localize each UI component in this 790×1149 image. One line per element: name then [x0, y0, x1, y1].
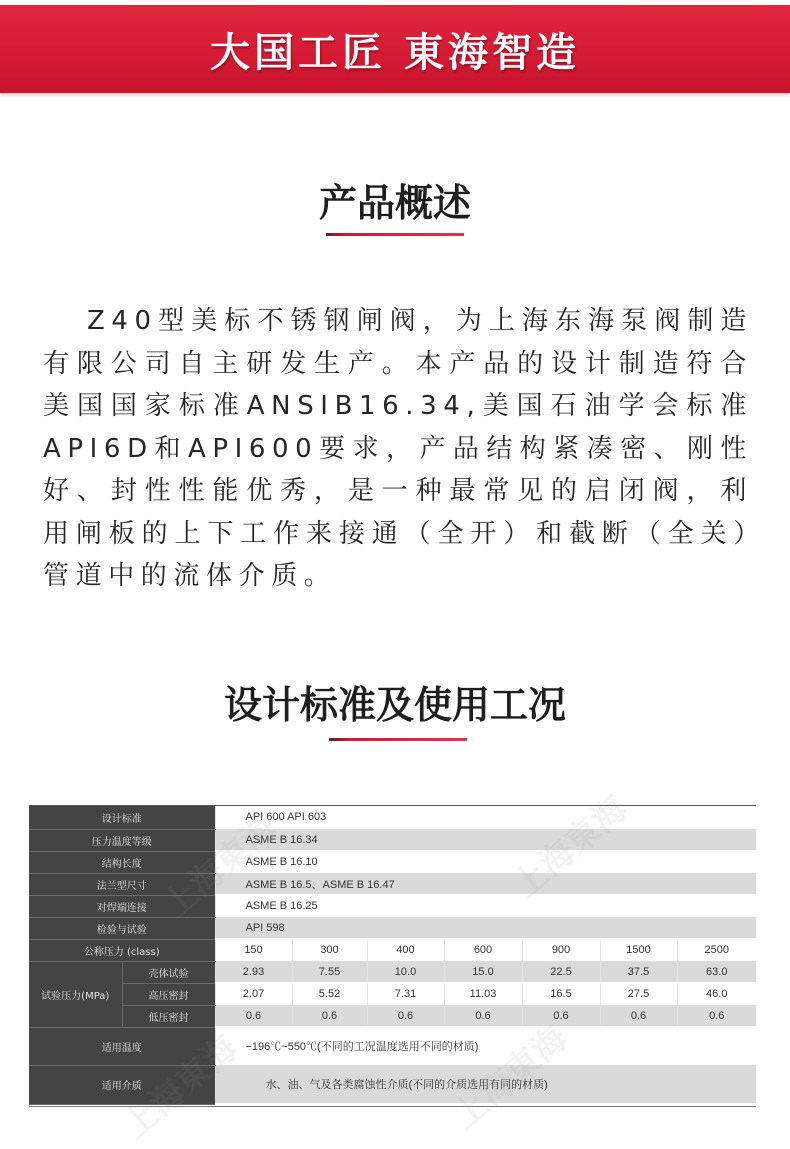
class-value: 1500: [600, 939, 677, 961]
test-value: 0.6: [677, 1005, 756, 1027]
test-value: 5.52: [292, 983, 367, 1005]
row-value: API 600 API 603: [215, 806, 756, 829]
banner-title: 大国工匠 東海智造: [210, 21, 580, 78]
temperature-label: 适用温度: [29, 1027, 215, 1065]
row-value: ASME B 16.25: [215, 895, 756, 917]
test-value: 10.0: [367, 961, 444, 983]
row-label: 对焊端连接: [29, 895, 215, 917]
test-value: 0.6: [522, 1005, 600, 1027]
row-label: 法兰型尺寸: [29, 873, 215, 895]
test-value: 2.07: [215, 983, 292, 1005]
table-row: 检验与试验 API 598: [29, 917, 756, 939]
description-text: Z40型美标不锈钢闸阀，为上海东海泵阀制造有限公司自主研发生产。本产品的设计制造…: [43, 306, 753, 591]
test-value: 0.6: [367, 1005, 444, 1027]
test-pressure-label: 试验压力(MPa): [29, 961, 122, 1027]
test-value: 46.0: [677, 983, 756, 1005]
class-value: 150: [215, 939, 292, 961]
test-value: 15.0: [444, 961, 522, 983]
test-value: 16.5: [522, 983, 600, 1005]
table-row: 法兰型尺寸 ASME B 16.5、ASME B 16.47: [29, 873, 756, 895]
standards-title-underline: [329, 738, 467, 741]
class-value: 400: [367, 939, 444, 961]
table-row: 对焊端连接 ASME B 16.25: [29, 895, 756, 917]
class-value: 300: [292, 939, 367, 961]
test-value: 0.6: [444, 1005, 522, 1027]
test-value: 0.6: [292, 1005, 367, 1027]
overview-title: 产品概述: [0, 172, 790, 227]
test-row-high-seal: 高压密封 2.07 5.52 7.31 11.03 16.5 27.5 46.0: [29, 983, 756, 1005]
standards-table: 设计标准 API 600 API 603 压力温度等级 ASME B 16.34…: [29, 805, 756, 1107]
table-row: 压力温度等级 ASME B 16.34: [29, 829, 756, 851]
test-sub-label: 低压密封: [122, 1005, 215, 1027]
table-row: 结构长度 ASME B 16.10: [29, 851, 756, 873]
test-value: 7.31: [367, 983, 444, 1005]
row-value: API 598: [215, 917, 756, 939]
test-value: 11.03: [444, 983, 522, 1005]
medium-value: 水、油、气及各类腐蚀性介质(不同的介质选用有同的材质): [215, 1065, 756, 1104]
temperature-value: −196℃~550℃(不同的工况温度选用不同的材质): [215, 1027, 756, 1065]
temperature-row: 适用温度 −196℃~550℃(不同的工况温度选用不同的材质): [29, 1027, 756, 1065]
test-value: 37.5: [600, 961, 677, 983]
row-value: ASME B 16.5、ASME B 16.47: [215, 873, 756, 895]
test-value: 7.55: [292, 961, 367, 983]
test-sub-label: 壳体试验: [122, 961, 215, 983]
medium-label: 适用介质: [29, 1065, 215, 1104]
brand-banner: 大国工匠 東海智造: [0, 5, 790, 93]
table-row: 设计标准 API 600 API 603: [29, 806, 756, 829]
test-row-low-seal: 低压密封 0.6 0.6 0.6 0.6 0.6 0.6 0.6: [29, 1005, 756, 1027]
test-value: 0.6: [215, 1005, 292, 1027]
medium-row: 适用介质 水、油、气及各类腐蚀性介质(不同的介质选用有同的材质): [29, 1065, 756, 1104]
test-sub-label: 高压密封: [122, 983, 215, 1005]
test-row-shell: 试验压力(MPa) 壳体试验 2.93 7.55 10.0 15.0 22.5 …: [29, 961, 756, 983]
test-value: 22.5: [522, 961, 600, 983]
class-row: 公称压力 (class) 150 300 400 600 900 1500 25…: [29, 939, 756, 961]
class-value: 600: [444, 939, 522, 961]
test-value: 0.6: [600, 1005, 677, 1027]
class-value: 2500: [677, 939, 756, 961]
row-label: 检验与试验: [29, 917, 215, 939]
row-value: ASME B 16.10: [215, 851, 756, 873]
standards-title: 设计标准及使用工况: [0, 674, 790, 729]
test-value: 63.0: [677, 961, 756, 983]
test-value: 2.93: [215, 961, 292, 983]
row-value: ASME B 16.34: [215, 829, 756, 851]
row-label: 压力温度等级: [29, 829, 215, 851]
test-value: 27.5: [600, 983, 677, 1005]
row-label: 设计标准: [29, 806, 215, 829]
overview-title-underline: [326, 233, 464, 236]
row-label: 结构长度: [29, 851, 215, 873]
product-description: Z40型美标不锈钢闸阀，为上海东海泵阀制造有限公司自主研发生产。本产品的设计制造…: [43, 300, 753, 598]
class-value: 900: [522, 939, 600, 961]
class-label: 公称压力 (class): [29, 939, 215, 961]
